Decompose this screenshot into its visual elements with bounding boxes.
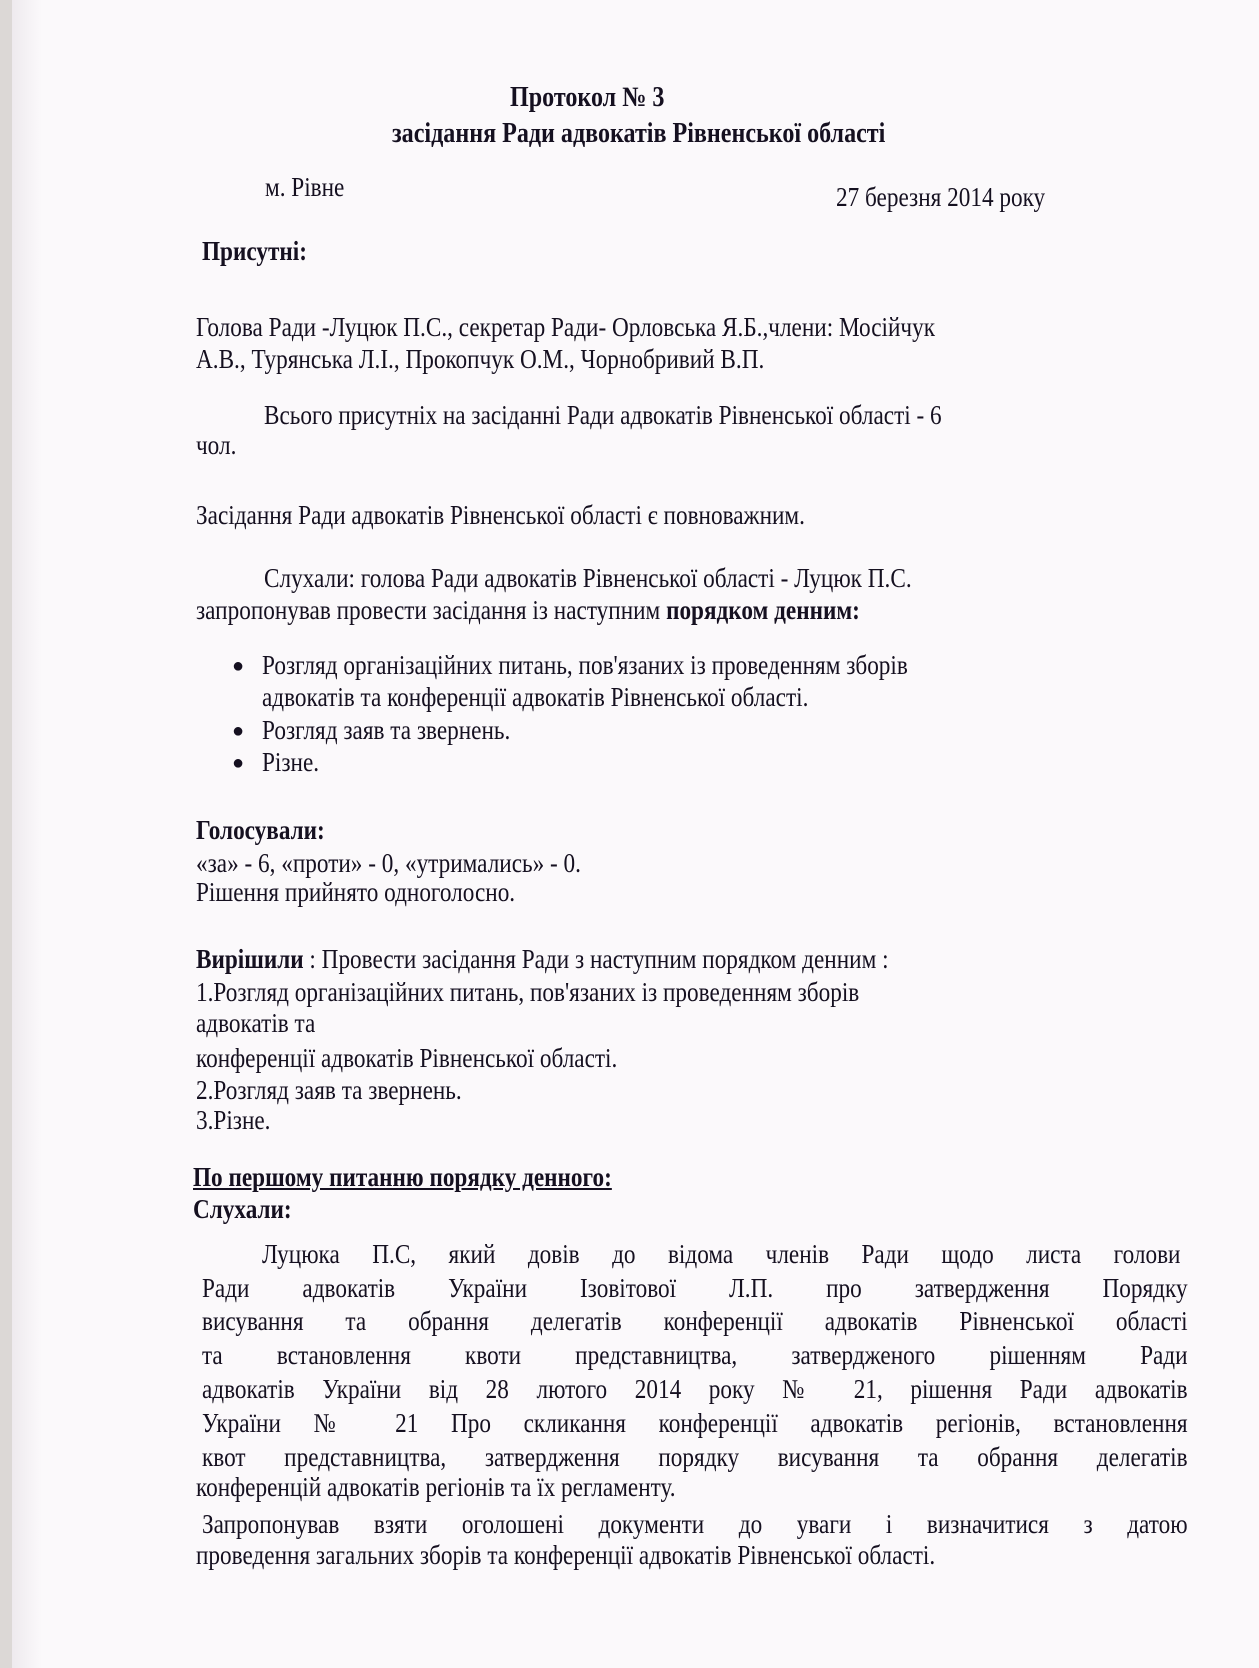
agenda-bullet-1b: адвокатів та конференції адвокатів Рівне… [262, 682, 808, 713]
scan-edge [0, 0, 12, 1668]
agenda-bullet-2: Розгляд заяв та звернень. [262, 715, 510, 746]
paragraph-line-7: квот представництва, затвердження порядк… [202, 1439, 1188, 1476]
date: 27 березня 2014 року [836, 182, 1045, 213]
agenda-bullet-3: Різне. [262, 747, 319, 778]
bullet-icon: ● [232, 752, 244, 775]
first-item-heard: Слухали: [193, 1194, 292, 1225]
document-subtitle: засідання Ради адвокатів Рівненської обл… [392, 118, 885, 150]
vote-result: «за» - 6, «проти» - 0, «утримались» - 0. [196, 848, 581, 879]
scan-edge-shadow [12, 0, 42, 1668]
first-item-heading: По першому питанню порядку денного: [193, 1162, 612, 1193]
total-present-line-1: Всього присутніх на засіданні Ради адвок… [264, 400, 942, 431]
resolved-item-1c: конференції адвокатів Рівненської област… [196, 1043, 617, 1074]
total-present-line-2: чол. [196, 430, 236, 461]
proposal-line-2: проведення загальних зборів та конференц… [196, 1540, 935, 1571]
vote-heading: Голосували: [196, 815, 325, 846]
paragraph-line-6: України № 21 Про скликання конференції а… [202, 1405, 1188, 1442]
resolved-item-2: 2.Розгляд заяв та звернень. [196, 1075, 462, 1106]
present-heading: Присутні: [202, 236, 307, 267]
heard-line-2: запропонував провести засідання із насту… [196, 595, 860, 626]
bullet-icon: ● [232, 655, 244, 678]
present-line-1: Голова Ради -Луцюк П.С., секретар Ради- … [196, 312, 935, 343]
resolved-line: Вирішили : Провести засідання Ради з нас… [196, 944, 889, 975]
agenda-bullet-1a: Розгляд організаційних питань, пов'язани… [262, 650, 908, 681]
proposal-line-1: Запропонував взяти оголошені документи д… [202, 1506, 1188, 1543]
resolved-item-1b: адвокатів та [196, 1008, 315, 1039]
paragraph-line-5: адвокатів України від 28 лютого 2014 рок… [202, 1371, 1188, 1408]
vote-decision: Рішення прийнято одноголосно. [196, 877, 515, 908]
resolved-item-1a: 1.Розгляд організаційних питань, пов'яза… [196, 977, 859, 1008]
paragraph-line-8: конференцій адвокатів регіонів та їх рег… [196, 1472, 676, 1503]
paragraph-line-3: висування та обрання делегатів конференц… [202, 1303, 1188, 1340]
bullet-icon: ● [232, 720, 244, 743]
heard-line-1: Слухали: голова Ради адвокатів Рівненськ… [264, 563, 912, 594]
paragraph-line-1: Луцюка П.С, який довів до відома членів … [262, 1236, 1180, 1273]
paragraph-line-2: Ради адвокатів України Ізовітової Л.П. п… [202, 1270, 1188, 1307]
quorum-statement: Засідання Ради адвокатів Рівненської обл… [196, 500, 805, 531]
resolved-item-3: 3.Різне. [196, 1105, 270, 1136]
document-title: Протокол № 3 [510, 82, 664, 114]
paragraph-line-4: та встановлення квоти представництва, за… [202, 1337, 1188, 1374]
city: м. Рівне [265, 172, 344, 203]
present-line-2: А.В., Турянська Л.І., Прокопчук О.М., Чо… [196, 344, 764, 375]
